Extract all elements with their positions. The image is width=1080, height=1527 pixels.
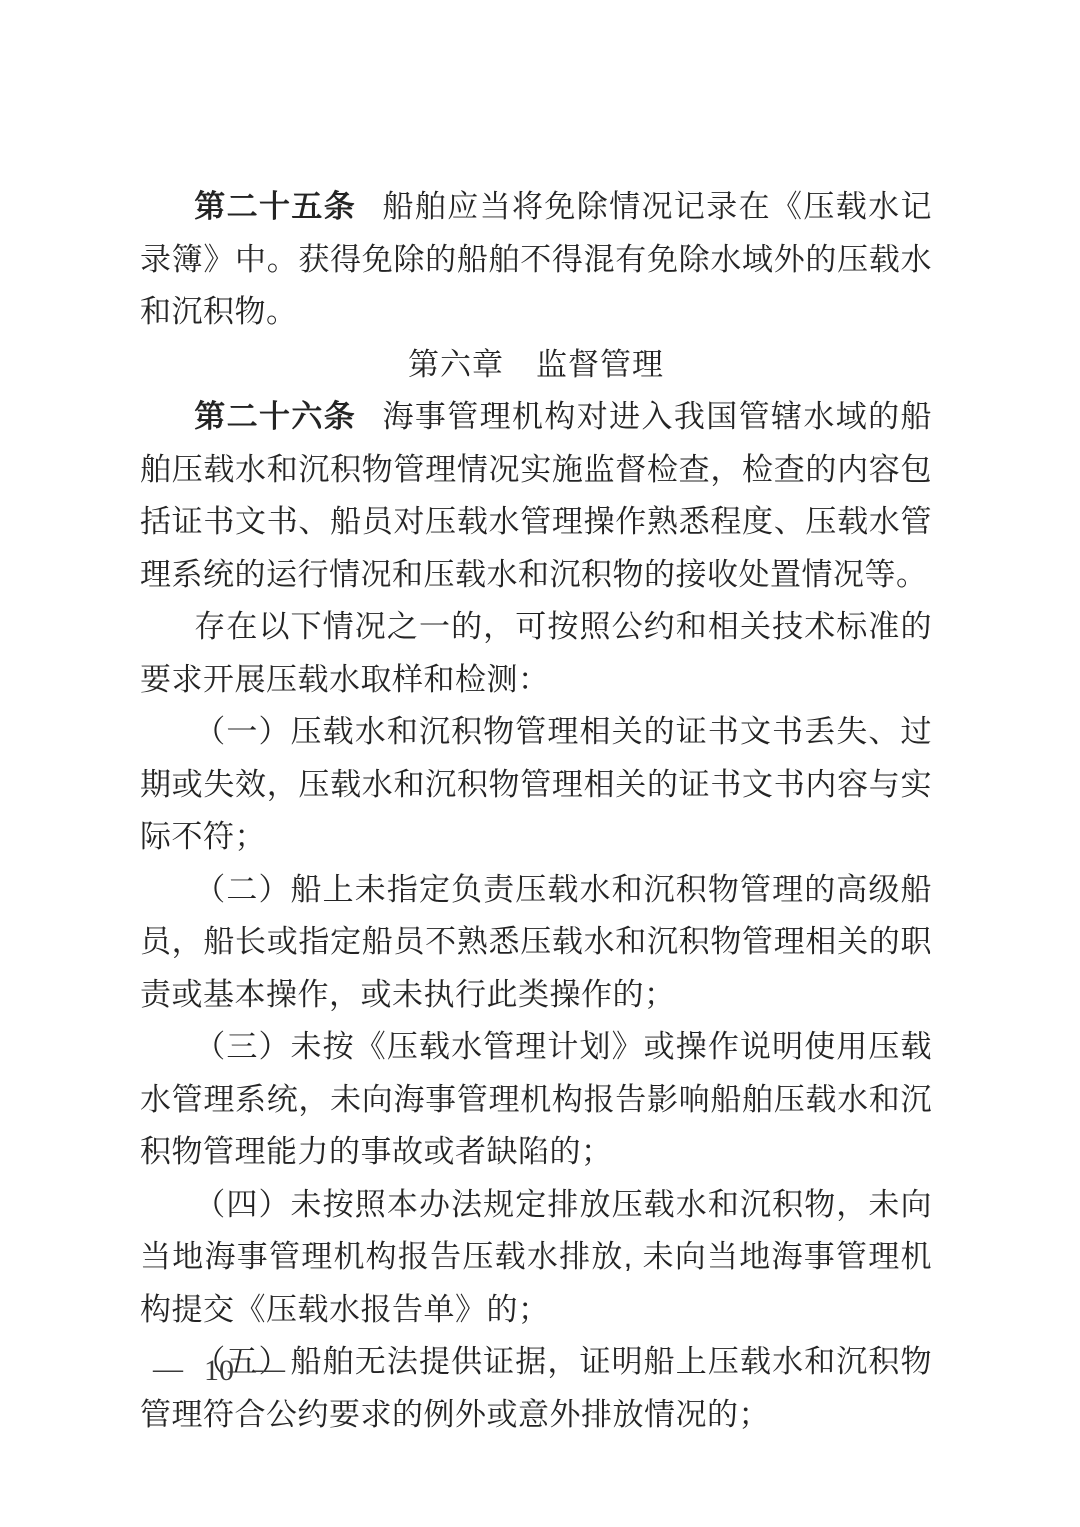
chapter-heading: 第六章 监督管理: [140, 339, 932, 392]
article-paragraph: 第二十五条船舶应当将免除情况记录在《压载水记录簿》中。获得免除的船舶不得混有免除…: [140, 181, 932, 339]
body-paragraph: （四）未按照本办法规定排放压载水和沉积物，未向当地海事管理机构报告压载水排放, …: [140, 1179, 932, 1337]
article-number: 第二十六条: [194, 399, 356, 434]
document-page: 第二十五条船舶应当将免除情况记录在《压载水记录簿》中。获得免除的船舶不得混有免除…: [0, 0, 1080, 1527]
footer-dash-right: —: [255, 1352, 285, 1386]
article-number: 第二十五条: [194, 189, 356, 224]
body-paragraph: （三）未按《压载水管理计划》或操作说明使用压载水管理系统，未向海事管理机构报告影…: [140, 1021, 932, 1179]
page-number: 10: [204, 1354, 234, 1388]
body-paragraph: 存在以下情况之一的，可按照公约和相关技术标准的要求开展压载水取样和检测：: [140, 601, 932, 706]
document-body: 第二十五条船舶应当将免除情况记录在《压载水记录簿》中。获得免除的船舶不得混有免除…: [140, 181, 932, 1441]
body-paragraph: （二）船上未指定负责压载水和沉积物管理的高级船员，船长或指定船员不熟悉压载水和沉…: [140, 864, 932, 1022]
page-footer: — 10 —: [153, 1354, 285, 1388]
footer-dash-left: —: [153, 1352, 183, 1386]
article-paragraph: 第二十六条海事管理机构对进入我国管辖水域的船舶压载水和沉积物管理情况实施监督检查…: [140, 391, 932, 601]
body-paragraph: （一）压载水和沉积物管理相关的证书文书丢失、过期或失效，压载水和沉积物管理相关的…: [140, 706, 932, 864]
